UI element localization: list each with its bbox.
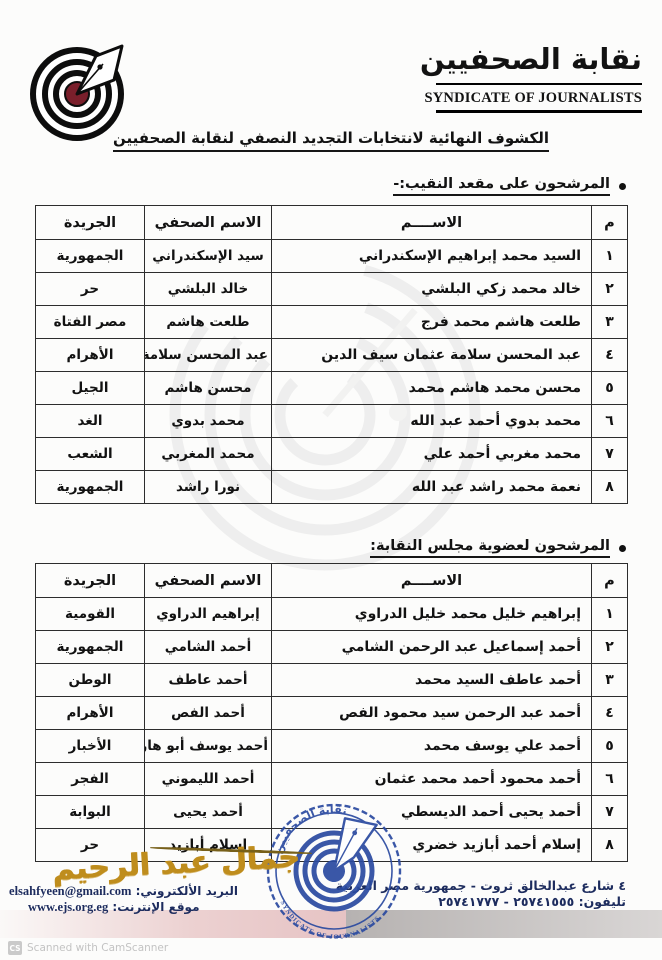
bullet-icon (619, 183, 626, 190)
column-header-newspaper: الجريدة (36, 564, 145, 598)
column-header-newspaper: الجريدة (36, 206, 145, 240)
table-row: ٢أحمد إسماعيل عبد الرحمن الشاميأحمد الشا… (36, 631, 628, 664)
table-row: ٣أحمد عاطف السيد محمدأحمد عاطفالوطن (36, 664, 628, 697)
newspaper-cell: الجمهورية (36, 471, 145, 504)
row-number-cell: ٤ (592, 697, 628, 730)
row-number-cell: ٧ (592, 438, 628, 471)
column-header-name: الاســــم (272, 564, 592, 598)
table-row: ٧محمد مغربي أحمد عليمحمد المغربيالشعب (36, 438, 628, 471)
press-name-cell: خالد البلشي (145, 273, 272, 306)
table-row: ٣طلعت هاشم محمد فرجطلعت هاشممصر الفتاة (36, 306, 628, 339)
column-header-press-name: الاسم الصحفي (145, 564, 272, 598)
row-number-cell: ٣ (592, 306, 628, 339)
candidate-name-cell: السيد محمد إبراهيم الإسكندراني (272, 240, 592, 273)
table-row: ٨نعمة محمد راشد عبد اللهنورا راشدالجمهور… (36, 471, 628, 504)
nakib-candidates-table: م الاســــم الاسم الصحفي الجريدة ١السيد … (35, 205, 628, 504)
table-row: ٥أحمد علي يوسف محمدأحمد يوسف أبو هارونال… (36, 730, 628, 763)
footer-contact-block: البريد الألكتروني: elsahfyeen@gmail.com … (28, 883, 238, 915)
candidate-name-cell: أحمد عاطف السيد محمد (272, 664, 592, 697)
bullet-icon (619, 545, 626, 552)
org-name-english: SYNDICATE OF JOURNALISTS (436, 85, 642, 113)
candidate-name-cell: محمد بدوي أحمد عبد الله (272, 405, 592, 438)
press-name-cell: أحمد يوسف أبو هارون (145, 730, 272, 763)
scanner-watermark: CS Scanned with CamScanner (8, 941, 168, 955)
section-heading-nakib: المرشحون على مقعد النقيب:- (393, 176, 626, 196)
row-number-cell: ٧ (592, 796, 628, 829)
newspaper-cell: الغد (36, 405, 145, 438)
scanner-text: Scanned with CamScanner (27, 942, 168, 954)
press-name-cell: سيد الإسكندراني (145, 240, 272, 273)
newspaper-cell: الجمهورية (36, 631, 145, 664)
newspaper-cell: الجيل (36, 372, 145, 405)
org-name-arabic: نقابة الصحفيين (436, 42, 642, 85)
press-name-cell: محمد المغربي (145, 438, 272, 471)
press-name-cell: نورا راشد (145, 471, 272, 504)
table-header: م الاســــم الاسم الصحفي الجريدة (36, 564, 628, 598)
newspaper-cell: الأخبار (36, 730, 145, 763)
email-label: البريد الألكتروني: (136, 884, 238, 898)
column-header-number: م (592, 564, 628, 598)
table-row: ٤أحمد عبد الرحمن سيد محمود الفصأحمد الفص… (36, 697, 628, 730)
section-heading-council: المرشحون لعضوية مجلس النقابة: (370, 538, 626, 558)
press-name-cell: أحمد الفص (145, 697, 272, 730)
column-header-press-name: الاسم الصحفي (145, 206, 272, 240)
press-name-cell: عبد المحسن سلامة (145, 339, 272, 372)
candidate-name-cell: أحمد علي يوسف محمد (272, 730, 592, 763)
row-number-cell: ٨ (592, 471, 628, 504)
row-number-cell: ٤ (592, 339, 628, 372)
table-row: ٦محمد بدوي أحمد عبد اللهمحمد بدويالغد (36, 405, 628, 438)
newspaper-cell: حر (36, 273, 145, 306)
row-number-cell: ١ (592, 598, 628, 631)
row-number-cell: ٦ (592, 763, 628, 796)
press-name-cell: طلعت هاشم (145, 306, 272, 339)
table-header: م الاســــم الاسم الصحفي الجريدة (36, 206, 628, 240)
row-number-cell: ٨ (592, 829, 628, 862)
newspaper-cell: الأهرام (36, 339, 145, 372)
press-name-cell: أحمد الشامي (145, 631, 272, 664)
candidate-name-cell: عبد المحسن سلامة عثمان سيف الدين (272, 339, 592, 372)
candidate-name-cell: إبراهيم خليل محمد خليل الدراوي (272, 598, 592, 631)
candidate-name-cell: نعمة محمد راشد عبد الله (272, 471, 592, 504)
row-number-cell: ٣ (592, 664, 628, 697)
candidate-name-cell: أحمد عبد الرحمن سيد محمود الفص (272, 697, 592, 730)
row-number-cell: ٢ (592, 273, 628, 306)
press-name-cell: محمد بدوي (145, 405, 272, 438)
press-name-cell: أحمد الليموني (145, 763, 272, 796)
table-row: ٢خالد محمد زكي البلشيخالد البلشيحر (36, 273, 628, 306)
press-name-cell: أحمد عاطف (145, 664, 272, 697)
press-name-cell: إبراهيم الدراوي (145, 598, 272, 631)
row-number-cell: ٦ (592, 405, 628, 438)
table-row: ٥محسن محمد هاشم محمدمحسن هاشمالجيل (36, 372, 628, 405)
candidate-name-cell: خالد محمد زكي البلشي (272, 273, 592, 306)
candidate-name-cell: محسن محمد هاشم محمد (272, 372, 592, 405)
candidate-name-cell: طلعت هاشم محمد فرج (272, 306, 592, 339)
scanned-document-page: نقابة الصحفيين SYNDICATE OF JOURNALISTS … (0, 0, 662, 960)
newspaper-cell: الفجر (36, 763, 145, 796)
newspaper-cell: مصر الفتاة (36, 306, 145, 339)
website-line: موقع الإنترنت: www.ejs.org.eg (28, 899, 238, 915)
row-number-cell: ٢ (592, 631, 628, 664)
newspaper-cell: الجمهورية (36, 240, 145, 273)
org-header: نقابة الصحفيين SYNDICATE OF JOURNALISTS (436, 42, 642, 113)
candidate-name-cell: محمد مغربي أحمد علي (272, 438, 592, 471)
newspaper-cell: القومية (36, 598, 145, 631)
table-row: ١السيد محمد إبراهيم الإسكندرانيسيد الإسك… (36, 240, 628, 273)
row-number-cell: ٥ (592, 372, 628, 405)
newspaper-cell: الشعب (36, 438, 145, 471)
candidate-name-cell: أحمد إسماعيل عبد الرحمن الشامي (272, 631, 592, 664)
website-label: موقع الإنترنت: (112, 900, 199, 914)
document-title: الكشوف النهائية لانتخابات التجديد النصفي… (0, 129, 662, 147)
row-number-cell: ٥ (592, 730, 628, 763)
newspaper-cell: البوابة (36, 796, 145, 829)
column-header-name: الاســــم (272, 206, 592, 240)
table-row: ٤عبد المحسن سلامة عثمان سيف الدينعبد الم… (36, 339, 628, 372)
column-header-number: م (592, 206, 628, 240)
press-name-cell: أحمد يحيى (145, 796, 272, 829)
press-name-cell: محسن هاشم (145, 372, 272, 405)
website-value: www.ejs.org.eg (28, 900, 108, 914)
newspaper-cell: الوطن (36, 664, 145, 697)
camscanner-icon: CS (8, 941, 22, 955)
row-number-cell: ١ (592, 240, 628, 273)
newspaper-cell: الأهرام (36, 697, 145, 730)
table-row: ١إبراهيم خليل محمد خليل الدراويإبراهيم ا… (36, 598, 628, 631)
